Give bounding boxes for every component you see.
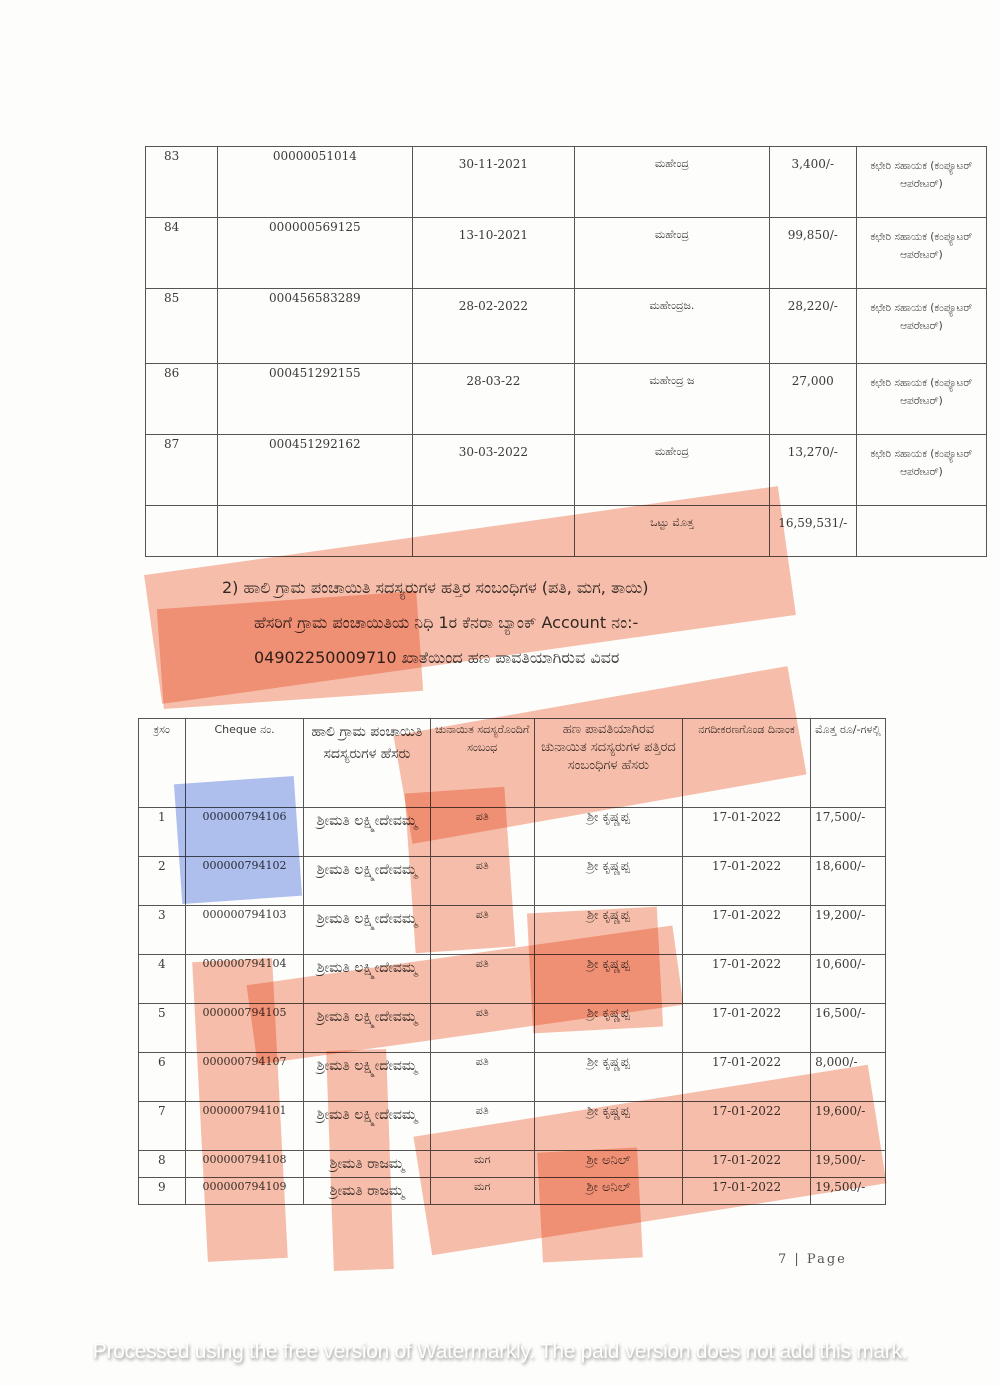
column-header: ಹಾಲಿ ಗ್ರಾಮ ಪಂಚಾಯಿತಿ ಸದಸ್ಯರುಗಳ ಹೆಸರು — [304, 719, 430, 808]
cell-date: 17-01-2022 — [682, 906, 810, 955]
cell-member: ಶ್ರೀಮತಿ ರಾಜಮ್ಮ — [304, 1178, 430, 1205]
cell-sn: 85 — [146, 289, 218, 364]
cell-cheque: 000456583289 — [218, 289, 413, 364]
cell-relative: ಶ್ರೀ ಅನಿಲ್ — [534, 1178, 682, 1205]
cell-sn: 7 — [139, 1102, 186, 1151]
table-row: 6000000794107ಶ್ರೀಮತಿ ಲಕ್ಷ್ಮೀದೇವಮ್ಮಪತಿಶ್ರ… — [139, 1053, 886, 1102]
cell-cheque: 000000569125 — [218, 218, 413, 289]
cell-relative: ಶ್ರೀ ಕೃಷ್ಣಪ್ಪ — [534, 1004, 682, 1053]
table-row: 8700045129216230-03-2022ಮಹೇಂದ್ರ13,270/-ಕ… — [146, 435, 987, 506]
table-row: 5000000794105ಶ್ರೀಮತಿ ಲಕ್ಷ್ಮೀದೇವಮ್ಮಪತಿಶ್ರ… — [139, 1004, 886, 1053]
cell-amount: 99,850/- — [769, 218, 856, 289]
cell-relation: ಪತಿ — [430, 857, 534, 906]
cell-sn: 4 — [139, 955, 186, 1004]
table-row: 1000000794106ಶ್ರೀಮತಿ ಲಕ್ಷ್ಮೀದೇವಮ್ಮಪತಿಶ್ರ… — [139, 808, 886, 857]
cell-amount: 10,600/- — [811, 955, 886, 1004]
cell-member: ಶ್ರೀಮತಿ ರಾಜಮ್ಮ — [304, 1151, 430, 1178]
cell-date: 28-02-2022 — [412, 289, 574, 364]
cell-designation: ಕಛೇರಿ ಸಹಾಯಕ (ಕಂಪ್ಯೂಟರ್ ಆಪರೇಟರ್) — [856, 147, 986, 218]
total-row: ಒಟ್ಟು ಮೊತ್ತ16,59,531/- — [146, 506, 987, 557]
cell-name: ಮಹೇಂದ್ರ ಜ — [575, 364, 770, 435]
cell-amount: 19,200/- — [811, 906, 886, 955]
cell-cheque: 000000794108 — [185, 1151, 304, 1178]
cell-amount: 19,500/- — [811, 1178, 886, 1205]
cell-amount: 13,270/- — [769, 435, 856, 506]
cell-relation: ಪತಿ — [430, 1004, 534, 1053]
cell-relation: ಮಗ — [430, 1151, 534, 1178]
section-2-line-3: 04902250009710 ಖಾತೆಯಿಂದ ಹಣ ಪಾವತಿಯಾಗಿರುವ … — [222, 640, 862, 675]
cell-relation: ಮಗ — [430, 1178, 534, 1205]
table-row: 4000000794104ಶ್ರೀಮತಿ ಲಕ್ಷ್ಮೀದೇವಮ್ಮಪತಿಶ್ರ… — [139, 955, 886, 1004]
cell-name: ಮಹೇಂದ್ರ — [575, 435, 770, 506]
cell-sn: 84 — [146, 218, 218, 289]
table-header-row: ಕ್ರಸಂCheque ನಂ.ಹಾಲಿ ಗ್ರಾಮ ಪಂಚಾಯಿತಿ ಸದಸ್ಯ… — [139, 719, 886, 808]
cell-cheque: 000451292155 — [218, 364, 413, 435]
cell-relative: ಶ್ರೀ ಕೃಷ್ಣಪ್ಪ — [534, 808, 682, 857]
cell-relative: ಶ್ರೀ ಕೃಷ್ಣಪ್ಪ — [534, 906, 682, 955]
cell-member: ಶ್ರೀಮತಿ ಲಕ್ಷ್ಮೀದೇವಮ್ಮ — [304, 808, 430, 857]
cell-relative: ಶ್ರೀ ಕೃಷ್ಣಪ್ಪ — [534, 1053, 682, 1102]
cell-sn: 86 — [146, 364, 218, 435]
cell-cheque: 000000794102 — [185, 857, 304, 906]
cell-relation: ಪತಿ — [430, 1053, 534, 1102]
cell-sn: 5 — [139, 1004, 186, 1053]
cell-date: 17-01-2022 — [682, 857, 810, 906]
section-2-line-1: 2) ಹಾಲಿ ಗ್ರಾಮ ಪಂಚಾಯಿತಿ ಸದಸ್ಯರುಗಳ ಹತ್ತಿರ … — [222, 578, 649, 597]
cell-sn: 9 — [139, 1178, 186, 1205]
column-header: ಚುನಾಯಿತ ಸದಸ್ಯರೊಂದಿಗೆ ಸಂಬಂಧ — [430, 719, 534, 808]
cell-member: ಶ್ರೀಮತಿ ಲಕ್ಷ್ಮೀದೇವಮ್ಮ — [304, 906, 430, 955]
cell-amount: 16,500/- — [811, 1004, 886, 1053]
page-number: 7 | Page — [778, 1252, 847, 1267]
cell-date: 13-10-2021 — [412, 218, 574, 289]
cell-cheque: 000000794107 — [185, 1053, 304, 1102]
document-page: 830000005101430-11-2021ಮಹೇಂದ್ರ3,400/-ಕಛೇ… — [0, 0, 1000, 1386]
cell-relative: ಶ್ರೀ ಅನಿಲ್ — [534, 1151, 682, 1178]
cell-date: 30-11-2021 — [412, 147, 574, 218]
cell-amount: 17,500/- — [811, 808, 886, 857]
cell-sn: 8 — [139, 1151, 186, 1178]
table-row: 9000000794109ಶ್ರೀಮತಿ ರಾಜಮ್ಮಮಗಶ್ರೀ ಅನಿಲ್1… — [139, 1178, 886, 1205]
cell-cheque: 000000794103 — [185, 906, 304, 955]
cell-date: 17-01-2022 — [682, 955, 810, 1004]
cell-member: ಶ್ರೀಮತಿ ಲಕ್ಷ್ಮೀದೇವಮ್ಮ — [304, 1102, 430, 1151]
cell-date: 17-01-2022 — [682, 1004, 810, 1053]
cell-member: ಶ್ರೀಮತಿ ಲಕ್ಷ್ಮೀದೇವಮ್ಮ — [304, 1053, 430, 1102]
table-row: 830000005101430-11-2021ಮಹೇಂದ್ರ3,400/-ಕಛೇ… — [146, 147, 987, 218]
cell-sn: 1 — [139, 808, 186, 857]
cell-cheque: 000451292162 — [218, 435, 413, 506]
cell-relation: ಪತಿ — [430, 808, 534, 857]
cell-name: ಮಹೇಂದ್ರ — [575, 218, 770, 289]
table-row: 8000000794108ಶ್ರೀಮತಿ ರಾಜಮ್ಮಮಗಶ್ರೀ ಅನಿಲ್1… — [139, 1151, 886, 1178]
cell-amount: 28,220/- — [769, 289, 856, 364]
column-header: Cheque ನಂ. — [185, 719, 304, 808]
table-row: 8500045658328928-02-2022ಮಹೇಂದ್ರಜ.28,220/… — [146, 289, 987, 364]
cell-sn: 6 — [139, 1053, 186, 1102]
table-row: 2000000794102ಶ್ರೀಮತಿ ಲಕ್ಷ್ಮೀದೇವಮ್ಮಪತಿಶ್ರ… — [139, 857, 886, 906]
watermark-text: Processed using the free version of Wate… — [0, 1340, 1000, 1364]
cell-sn: 3 — [139, 906, 186, 955]
cell-member: ಶ್ರೀಮತಿ ಲಕ್ಷ್ಮೀದೇವಮ್ಮ — [304, 955, 430, 1004]
cell-relative: ಶ್ರೀ ಕೃಷ್ಣಪ್ಪ — [534, 857, 682, 906]
cell-amount: 19,600/- — [811, 1102, 886, 1151]
empty-cell — [218, 506, 413, 557]
cell-cheque: 00000051014 — [218, 147, 413, 218]
table-row: 3000000794103ಶ್ರೀಮತಿ ಲಕ್ಷ್ಮೀದೇವಮ್ಮಪತಿಶ್ರ… — [139, 906, 886, 955]
table-row: 8600045129215528-03-22ಮಹೇಂದ್ರ ಜ27,000ಕಛೇ… — [146, 364, 987, 435]
cell-cheque: 000000794104 — [185, 955, 304, 1004]
cell-date: 17-01-2022 — [682, 1053, 810, 1102]
relatives-payments-table: ಕ್ರಸಂCheque ನಂ.ಹಾಲಿ ಗ್ರಾಮ ಪಂಚಾಯಿತಿ ಸದಸ್ಯ… — [138, 718, 886, 1205]
section-2-heading: 2) ಹಾಲಿ ಗ್ರಾಮ ಪಂಚಾಯಿತಿ ಸದಸ್ಯರುಗಳ ಹತ್ತಿರ … — [222, 570, 862, 675]
table-row: 7000000794101ಶ್ರೀಮತಿ ಲಕ್ಷ್ಮೀದೇವಮ್ಮಪತಿಶ್ರ… — [139, 1102, 886, 1151]
column-header: ಮೊತ್ತ ರೂ/-ಗಳಲ್ಲಿ — [811, 719, 886, 808]
total-amount: 16,59,531/- — [769, 506, 856, 557]
section-2-line-2: ಹೆಸರಿಗೆ ಗ್ರಾಮ ಪಂಚಾಯಿತಿಯ ನಿಧಿ 1ರ ಕೆನರಾ ಬ್… — [222, 605, 862, 640]
cell-date: 17-01-2022 — [682, 1151, 810, 1178]
cell-relative: ಶ್ರೀ ಕೃಷ್ಣಪ್ಪ — [534, 1102, 682, 1151]
cell-amount: 8,000/- — [811, 1053, 886, 1102]
cell-date: 17-01-2022 — [682, 808, 810, 857]
cell-member: ಶ್ರೀಮತಿ ಲಕ್ಷ್ಮೀದೇವಮ್ಮ — [304, 857, 430, 906]
cell-designation: ಕಛೇರಿ ಸಹಾಯಕ (ಕಂಪ್ಯೂಟರ್ ಆಪರೇಟರ್) — [856, 289, 986, 364]
cell-designation: ಕಛೇರಿ ಸಹಾಯಕ (ಕಂಪ್ಯೂಟರ್ ಆಪರೇಟರ್) — [856, 218, 986, 289]
salary-payments-table: 830000005101430-11-2021ಮಹೇಂದ್ರ3,400/-ಕಛೇ… — [145, 146, 987, 557]
cell-relation: ಪತಿ — [430, 955, 534, 1004]
cell-amount: 19,500/- — [811, 1151, 886, 1178]
column-header: ಕ್ರಸಂ — [139, 719, 186, 808]
cell-date: 28-03-22 — [412, 364, 574, 435]
cell-cheque: 000000794106 — [185, 808, 304, 857]
empty-cell — [412, 506, 574, 557]
cell-date: 17-01-2022 — [682, 1178, 810, 1205]
cell-relation: ಪತಿ — [430, 906, 534, 955]
empty-cell — [856, 506, 986, 557]
cell-date: 17-01-2022 — [682, 1102, 810, 1151]
column-header: ನಗದೀಕರಣಗೊಂಡ ದಿನಾಂಕ — [682, 719, 810, 808]
cell-sn: 87 — [146, 435, 218, 506]
cell-sn: 2 — [139, 857, 186, 906]
cell-name: ಮಹೇಂದ್ರ — [575, 147, 770, 218]
cell-relation: ಪತಿ — [430, 1102, 534, 1151]
cell-name: ಮಹೇಂದ್ರಜ. — [575, 289, 770, 364]
cell-designation: ಕಛೇರಿ ಸಹಾಯಕ (ಕಂಪ್ಯೂಟರ್ ಆಪರೇಟರ್) — [856, 435, 986, 506]
cell-cheque: 000000794101 — [185, 1102, 304, 1151]
column-header: ಹಣ ಪಾವತಿಯಾಗಿರವ ಚುನಾಯಿತ ಸದಸ್ಯರುಗಳ ಪತ್ತಿರದ… — [534, 719, 682, 808]
cell-date: 30-03-2022 — [412, 435, 574, 506]
cell-sn: 83 — [146, 147, 218, 218]
cell-member: ಶ್ರೀಮತಿ ಲಕ್ಷ್ಮೀದೇವಮ್ಮ — [304, 1004, 430, 1053]
empty-cell — [146, 506, 218, 557]
table-row: 8400000056912513-10-2021ಮಹೇಂದ್ರ99,850/-ಕ… — [146, 218, 987, 289]
cell-designation: ಕಛೇರಿ ಸಹಾಯಕ (ಕಂಪ್ಯೂಟರ್ ಆಪರೇಟರ್) — [856, 364, 986, 435]
cell-relative: ಶ್ರೀ ಕೃಷ್ಣಪ್ಪ — [534, 955, 682, 1004]
cell-cheque: 000000794109 — [185, 1178, 304, 1205]
cell-amount: 3,400/- — [769, 147, 856, 218]
cell-amount: 18,600/- — [811, 857, 886, 906]
cell-amount: 27,000 — [769, 364, 856, 435]
total-label: ಒಟ್ಟು ಮೊತ್ತ — [575, 506, 770, 557]
cell-cheque: 000000794105 — [185, 1004, 304, 1053]
